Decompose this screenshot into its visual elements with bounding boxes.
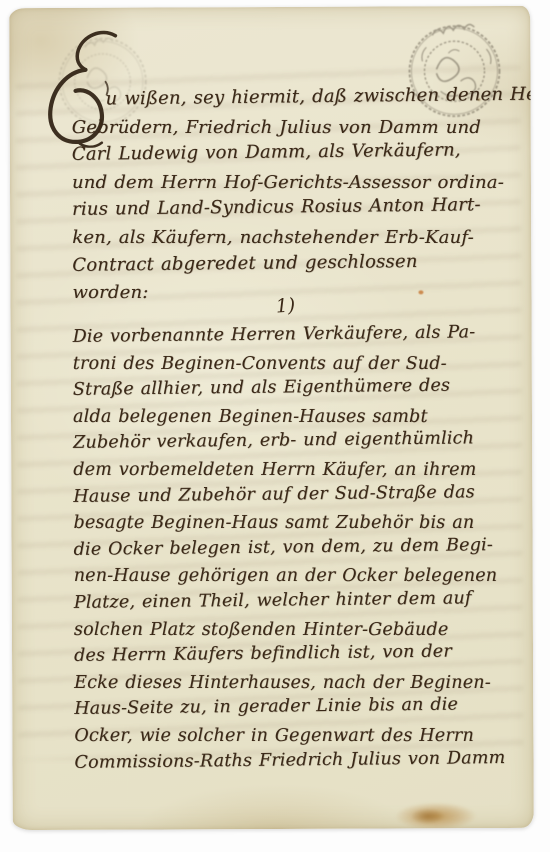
contract-clause-1: Die vorbenannte Herren Verkäufere, als P… bbox=[73, 322, 527, 776]
manuscript-line: Straße allhier, und als Eigenthümere des bbox=[73, 372, 525, 404]
manuscript-page: Z u wißen, sey hiermit, daß zwischen den… bbox=[9, 6, 534, 830]
manuscript-line: des Herrn Käufers befindlich ist, von de… bbox=[74, 638, 526, 670]
manuscript-line: u wißen, sey hiermit, daß zwischen denen… bbox=[71, 81, 523, 114]
foxing-speck bbox=[478, 98, 481, 101]
foxing-speck bbox=[250, 649, 253, 651]
foxing-speck bbox=[418, 290, 423, 294]
manuscript-line: Platze, einen Theil, welcher hinter dem … bbox=[74, 585, 526, 617]
manuscript-line: Contract abgeredet und geschlossen bbox=[72, 246, 524, 279]
manuscript-line: Hause und Zubehör auf der Sud-Straße das bbox=[73, 478, 525, 510]
manuscript-line: Haus-Seite zu, in gerader Linie bis an d… bbox=[74, 691, 526, 723]
manuscript-line: Die vorbenannte Herren Verkäufere, als P… bbox=[72, 319, 524, 351]
scan-background: Z u wißen, sey hiermit, daß zwischen den… bbox=[0, 0, 550, 852]
manuscript-line: Carl Ludewig von Damm, als Verkäufern, bbox=[72, 136, 524, 169]
manuscript-line: rius und Land-Syndicus Rosius Anton Hart… bbox=[72, 191, 524, 224]
contract-preamble: u wißen, sey hiermit, daß zwischen denen… bbox=[72, 84, 525, 307]
manuscript-line: Zubehör verkaufen, erb- und eigenthümlic… bbox=[73, 425, 525, 457]
manuscript-line: die Ocker belegen ist, von dem, zu dem B… bbox=[73, 531, 525, 563]
manuscript-line: Commissions-Raths Friedrich Julius von D… bbox=[74, 744, 526, 776]
bottom-edge-stain-core bbox=[411, 808, 445, 824]
